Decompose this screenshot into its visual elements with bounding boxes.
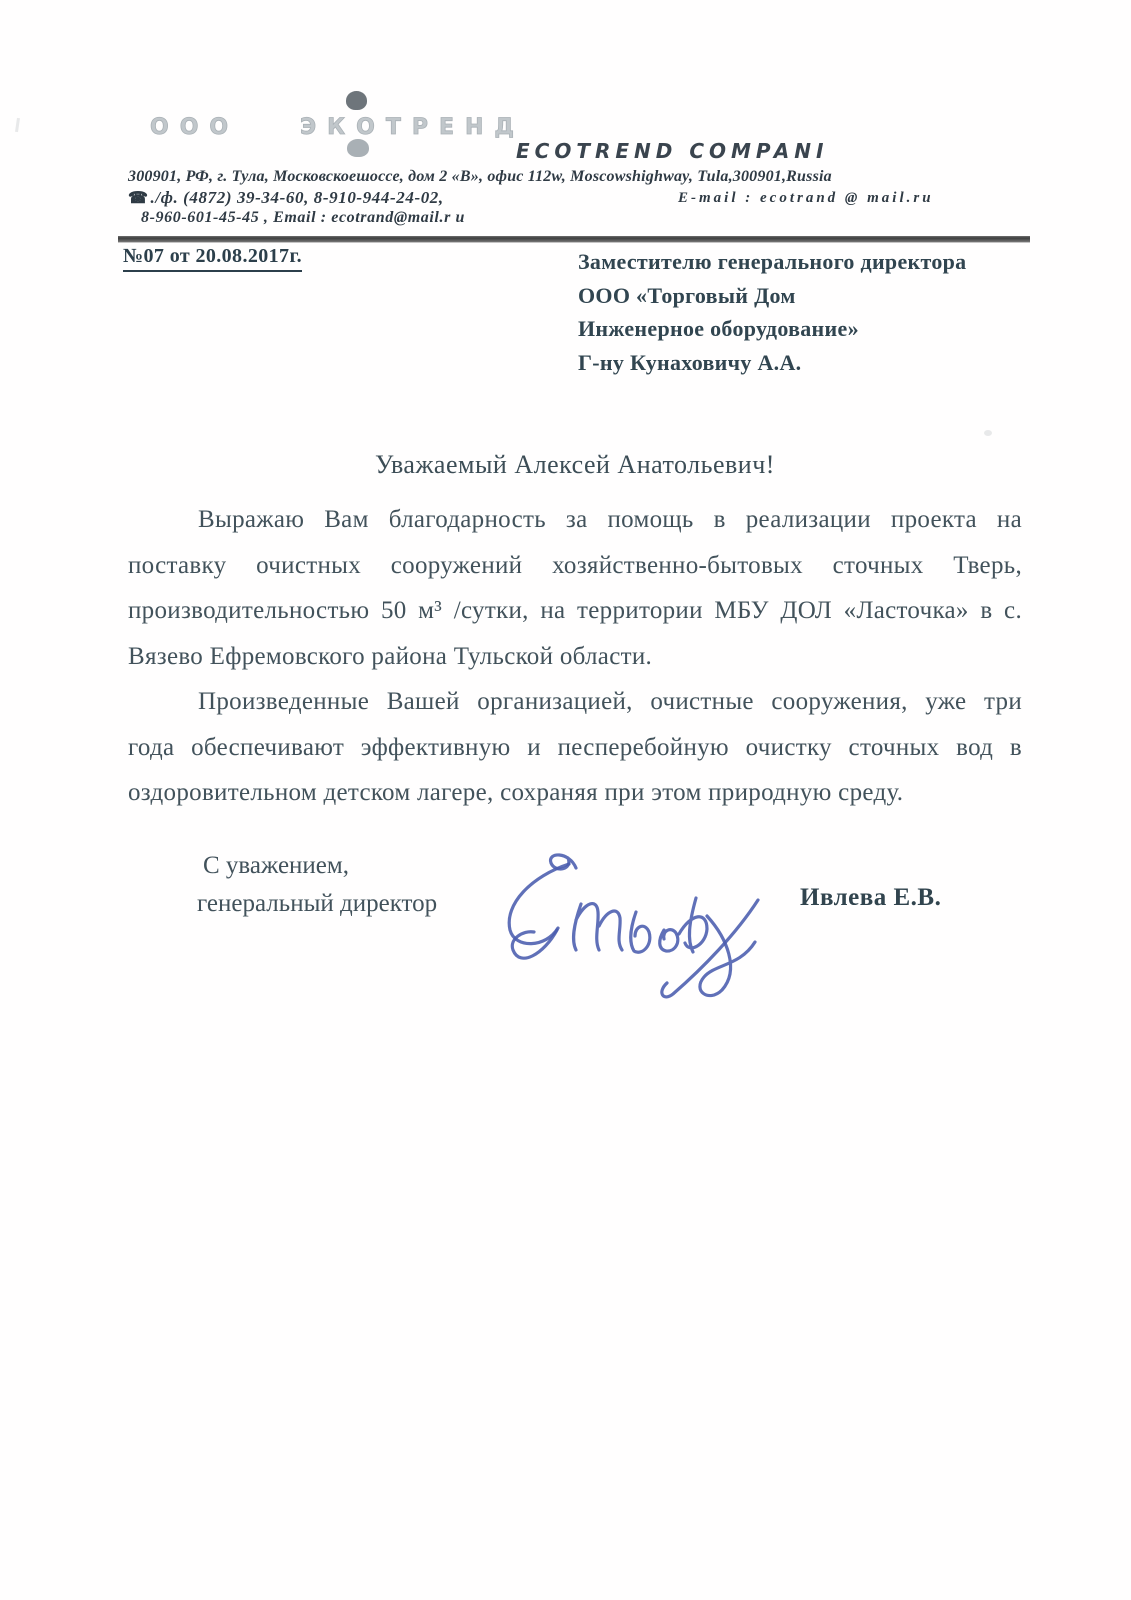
body-line: Выражаю Вам благодарность за помощь в ре… bbox=[128, 506, 1022, 552]
addressee-line: Заместителю генерального директора bbox=[578, 245, 1028, 279]
letter-body: Выражаю Вам благодарность за помощь в ре… bbox=[128, 506, 1022, 825]
logo-drop-bottom-icon bbox=[347, 139, 369, 157]
closing-regards: С уважением, bbox=[203, 852, 349, 880]
letterhead-address-line: 300901, РФ, г. Тула, Московскоешоссе, до… bbox=[128, 168, 832, 186]
letterhead-phone-line: ☎./ф. (4872) 39-34-60, 8-910-944-24-02, bbox=[128, 188, 444, 208]
reference-number: №07 от 20.08.2017г. bbox=[123, 245, 302, 272]
phone-numbers-text: ./ф. (4872) 39-34-60, 8-910-944-24-02, bbox=[151, 188, 444, 207]
closing-title: генеральный директор bbox=[197, 890, 437, 918]
signer-name: Ивлева Е.В. bbox=[800, 884, 941, 912]
body-line: оздоровительном детском лагере, сохраняя… bbox=[128, 779, 1022, 825]
body-line: производительностью 50 м³ /сутки, на тер… bbox=[128, 597, 1022, 643]
company-name-english: ECOTREND COMPANI bbox=[516, 139, 828, 163]
body-line: Произведенные Вашей организацией, очистн… bbox=[128, 688, 1022, 734]
letterhead-email-right: E-mail : ecotrand @ mail.ru bbox=[678, 190, 934, 207]
addressee-line: ООО «Торговый Дом bbox=[578, 279, 1028, 313]
body-line: поставку очистных сооружений хозяйственн… bbox=[128, 552, 1022, 598]
signature-image bbox=[468, 838, 778, 1008]
letterhead-phone-line-2: 8-960-601-45-45 , Email : ecotrand@mail.… bbox=[141, 209, 465, 227]
scan-artifact bbox=[984, 430, 992, 436]
header-divider-rule bbox=[118, 236, 1030, 242]
body-line: Вязево Ефремовского района Тульской обла… bbox=[128, 643, 1022, 689]
addressee-block: Заместителю генерального директора ООО «… bbox=[578, 245, 1028, 379]
addressee-line: Инженерное оборудование» bbox=[578, 312, 1028, 346]
letter-page: ООО ЭКОТРЕНД ECOTREND COMPANI 300901, РФ… bbox=[0, 0, 1131, 1600]
telephone-icon: ☎ bbox=[128, 190, 149, 207]
salutation: Уважаемый Алексей Анатольевич! bbox=[375, 450, 775, 480]
body-line: года обеспечивают эффективную и песпереб… bbox=[128, 734, 1022, 780]
logo-drop-top-icon bbox=[346, 91, 367, 110]
logo-ooo-text: ООО bbox=[150, 115, 239, 140]
scan-artifact bbox=[15, 118, 20, 132]
addressee-line: Г-ну Кунаховичу А.А. bbox=[578, 346, 1028, 380]
logo-brand-text: ЭКОТРЕНД bbox=[300, 115, 525, 140]
